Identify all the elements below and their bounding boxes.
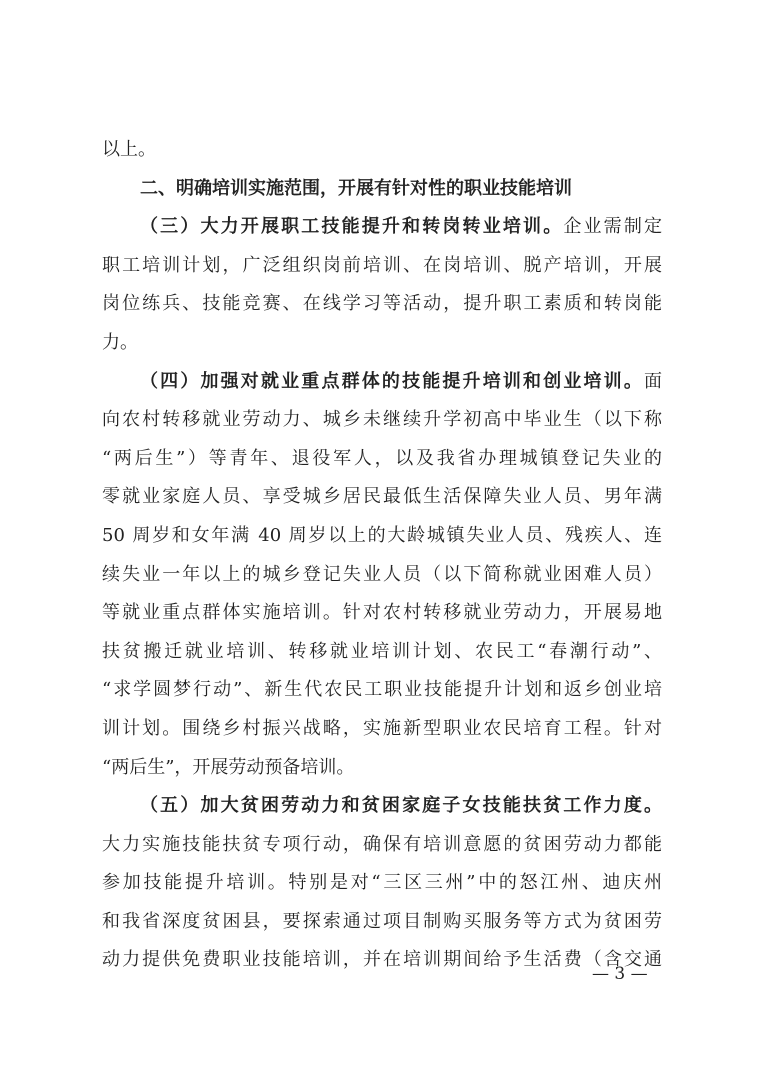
text-line: 岗位练兵、技能竞赛、在线学习等活动，提升职工素质和转岗能 — [102, 285, 662, 324]
text-line: 训计划。围绕乡村振兴战略，实施新型职业农民培育工程。针对 — [102, 710, 662, 749]
text-line: 参加技能提升培训。特别是对“三区三州”中的怒江州、迪庆州 — [102, 864, 662, 903]
text-line: 向农村转移就业劳动力、城乡未继续升学初高中毕业生（以下称 — [102, 401, 662, 440]
text-run: 企业需制定 — [563, 216, 662, 237]
text-run: 面 — [644, 371, 662, 392]
paragraph-start: （三）大力开展职工技能提升和转岗转业培训。企业需制定 — [102, 208, 662, 247]
page-number: — 3 — — [592, 964, 648, 984]
section-heading: 二、明确培训实施范围，开展有针对性的职业技能培训 — [102, 170, 662, 209]
text-line: 50 周岁和女年满 40 周岁以上的大龄城镇失业人员、残疾人、连 — [102, 517, 662, 556]
text-line: 和我省深度贫困县，要探索通过项目制购买服务等方式为贫困劳 — [102, 903, 662, 942]
text-line: “两后生”）等青年、退役军人，以及我省办理城镇登记失业的 — [102, 440, 662, 479]
document-page: 以上。 二、明确培训实施范围，开展有针对性的职业技能培训 （三）大力开展职工技能… — [102, 131, 662, 980]
text-line: 职工培训计划，广泛组织岗前培训、在岗培训、脱产培训，开展 — [102, 247, 662, 286]
paragraph-start: （四）加强对就业重点群体的技能提升培训和创业培训。面 — [102, 363, 662, 402]
text-line: 续失业一年以上的城乡登记失业人员（以下简称就业困难人员） — [102, 556, 662, 595]
text-line: “求学圆梦行动”、新生代农民工职业技能提升计划和返乡创业培 — [102, 671, 662, 710]
text-line: 等就业重点群体实施培训。针对农村转移就业劳动力，开展易地 — [102, 594, 662, 633]
text-line: “两后生”，开展劳动预备培训。 — [102, 749, 662, 788]
text-line: 以上。 — [102, 131, 662, 170]
paragraph-lead: （四）加强对就业重点群体的技能提升培训和创业培训。 — [140, 371, 644, 392]
text-line: 扶贫搬迁就业培训、转移就业培训计划、农民工“春潮行动”、 — [102, 633, 662, 672]
text-line: 力。 — [102, 324, 662, 363]
text-line: 动力提供免费职业技能培训，并在培训期间给予生活费（含交通 — [102, 941, 662, 980]
paragraph-lead: （三）大力开展职工技能提升和转岗转业培训。 — [140, 216, 563, 237]
text-line: 大力实施技能扶贫专项行动，确保有培训意愿的贫困劳动力都能 — [102, 826, 662, 865]
paragraph-start: （五）加大贫困劳动力和贫困家庭子女技能扶贫工作力度。 — [102, 787, 662, 826]
paragraph-lead: （五）加大贫困劳动力和贫困家庭子女技能扶贫工作力度。 — [140, 795, 662, 816]
text-line: 零就业家庭人员、享受城乡居民最低生活保障失业人员、男年满 — [102, 478, 662, 517]
